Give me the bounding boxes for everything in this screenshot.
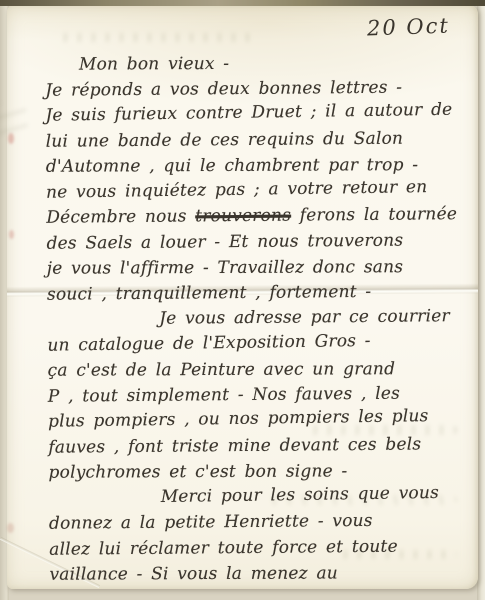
letter-line-text: Je suis furieux contre Druet ; il a auto… [45,100,452,126]
letter-line-text: Je vous adresse par ce courrier [159,306,450,329]
letter-line-text: ne vous inquiétez pas ; a votre retour e… [46,177,428,203]
letter-line-text: d'Automne , qui le chambrent par trop - [46,155,418,177]
letter-line-text: ferons la tournée [291,204,457,225]
letter-line-text: donnez a la petite Henriette - vous [49,511,373,534]
letter-line: souci , tranquillement , fortement - [47,278,478,307]
letter-line-text: lui une bande de ces requins du Salon [46,128,404,151]
letter-line-text: Mon bon vieux - [79,54,229,75]
letter-line-text: polychromes et c'est bon signe - [48,461,347,482]
letter-line-text: Décembre nous [46,206,195,227]
letter-line: des Saels a louer - Et nous trouverons [46,227,477,256]
letter-lines: Mon bon vieux -Je réponds a vos deux bon… [4,3,480,589]
letter-line: lui une bande de ces requins du Salon [46,125,477,154]
letter-line-text: vaillance - Si vous la menez au [49,563,338,584]
letter-line: Mon bon vieux - [45,51,476,78]
scan-top-edge [0,0,485,6]
letter-line-text: je vous l'affirme - Travaillez donc sans [47,257,403,279]
letter-line: allez lui réclamer toute force et toute [49,533,480,562]
letter-line-text: Je réponds a vos deux bonnes lettres - [45,77,402,100]
letter-line: fauves , font triste mine devant ces bel… [48,431,479,460]
letter-line: vaillance - Si vous la menez au [49,561,480,588]
letter-line: ça c'est de la Peinture avec un grand [48,357,479,384]
letter-line-text: un catalogue de l'Exposition Gros - [47,330,371,355]
letter-line-text: fauves , font triste mine devant ces bel… [48,434,421,457]
letter-line-text: P , tout simplement - Nos fauves , les [48,383,400,406]
letter-line: je vous l'affirme - Travaillez donc sans [47,255,478,282]
letter-line: Je suis furieux contre Druet ; il a auto… [45,97,476,129]
letter-line-text: allez lui réclamer toute force et toute [49,536,398,559]
crossed-out-word: trouverons [195,206,291,227]
scanned-letter: 20 Oct Mon bon vieux -Je réponds a vos d… [0,0,485,600]
letter-line: Décembre nous trouverons ferons la tourn… [46,202,477,231]
letter-line: plus pompiers , ou nos pompiers les plus [48,403,479,435]
letter-line-text: plus pompiers , ou nos pompiers les plus [48,406,429,432]
letter-line-text: ça c'est de la Peinture avec un grand [48,359,396,381]
letter-line-text: Merci pour les soins que vous [161,482,440,506]
letter-line-text: souci , tranquillement , fortement - [47,281,372,304]
letter-paper: 20 Oct Mon bon vieux -Je réponds a vos d… [7,5,478,589]
letter-line-text: des Saels a louer - Et nous trouverons [46,230,403,253]
letter-line: donnez a la petite Henriette - vous [49,508,480,537]
